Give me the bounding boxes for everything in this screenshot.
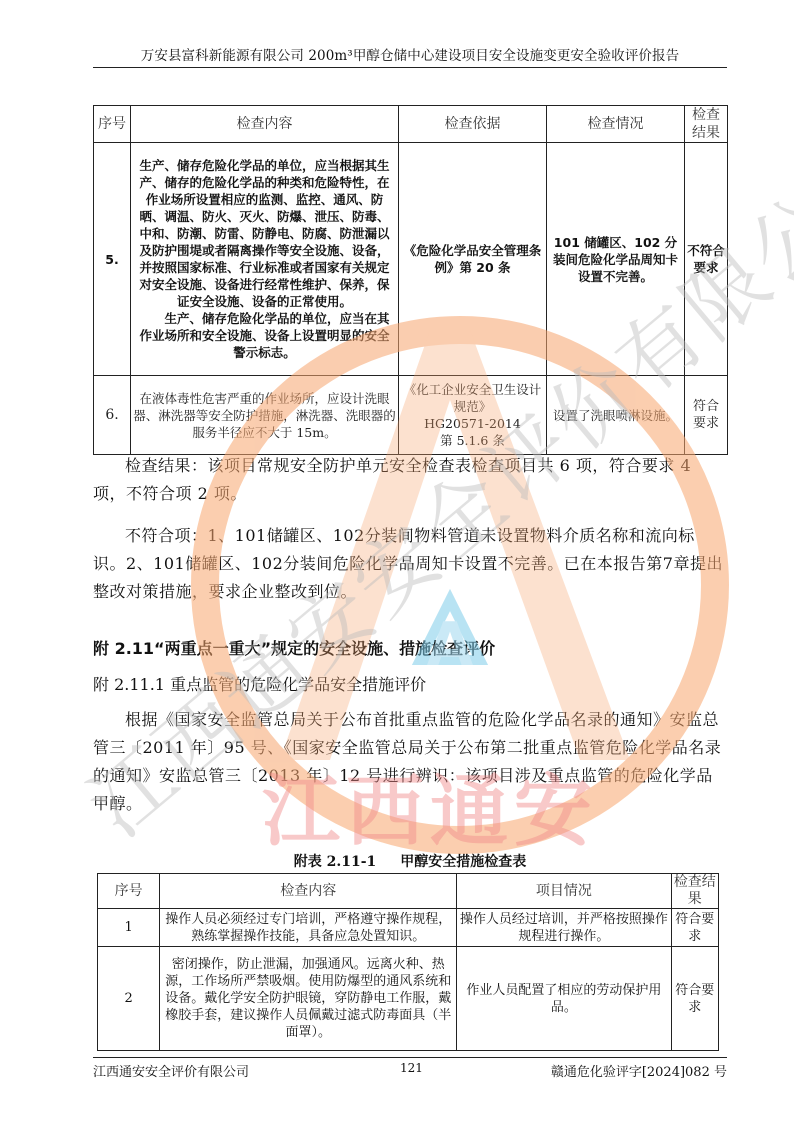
section-heading-2-11-1: 附 2.11.1 重点监管的危险化学品安全措施评价 [93, 672, 426, 695]
row-content: 操作人员必须经过专门培训，严格遵守操作规程，熟练掌握操作技能，具备应急处置知识。 [160, 909, 457, 947]
basis-line: 第 5.1.6 条 [401, 432, 544, 449]
row-result: 符合要求 [685, 376, 728, 455]
row-result: 符合要求 [671, 947, 718, 1051]
table-caption-number: 附表 2.11-1 [294, 854, 377, 870]
row-number: 2 [98, 947, 160, 1051]
header-rule [93, 67, 727, 68]
footer-rule [93, 1057, 727, 1058]
col-header-no: 序号 [94, 106, 131, 143]
page-number: 121 [400, 1061, 440, 1075]
table-header-row: 序号 检查内容 检查依据 检查情况 检查结果 [94, 106, 728, 143]
table-caption-title: 甲醇安全措施检查表 [400, 854, 526, 870]
row-status: 设置了洗眼喷淋设施。 [547, 376, 685, 455]
table-row: 5. 生产、储存危险化学品的单位，应当根据其生产、储存的危险化学品的种类和危险特… [94, 143, 728, 376]
table-header-row: 序号 检查内容 项目情况 检查结果 [98, 874, 719, 909]
content-main: 生产、储存危险化学品的单位，应当根据其生产、储存的危险化学品的种类和危险特性，在… [139, 158, 389, 309]
table-row: 6. 在液体毒性危害严重的作业场所，应设计洗眼器、淋洗器等安全防护措施，淋洗器、… [94, 376, 728, 455]
row-basis: 《化工企业安全卫生设计规范》 HG20571-2014 第 5.1.6 条 [399, 376, 547, 455]
row-number: 6. [94, 376, 131, 455]
col-header-content: 检查内容 [131, 106, 399, 143]
col-header-content: 检查内容 [160, 874, 457, 909]
content-second: 生产、储存危险化学品的单位，应当在其作业场所和安全设施、设备上设置明显的安全警示… [135, 310, 394, 361]
col-header-basis: 检查依据 [399, 106, 547, 143]
col-header-status: 项目情况 [457, 874, 671, 909]
noncompliance-paragraph: 不符合项：1、101储罐区、102分装间物料管道未设置物料介质名称和流向标识。2… [93, 522, 727, 606]
row-basis: 《危险化学品安全管理条例》第 20 条 [399, 143, 547, 376]
row-status: 作业人员配置了相应的劳动保护用品。 [457, 947, 671, 1051]
col-header-status: 检查情况 [547, 106, 685, 143]
row-content: 生产、储存危险化学品的单位，应当根据其生产、储存的危险化学品的种类和危险特性，在… [131, 143, 399, 376]
row-number: 1 [98, 909, 160, 947]
basis-line: HG20571-2014 [401, 415, 544, 432]
row-result: 不符合要求 [685, 143, 728, 376]
footer-doc-number: 赣通危化验评字[2024]082 号 [551, 1061, 727, 1080]
row-status: 101 储罐区、102 分装间危险化学品周知卡设置不完善。 [547, 143, 685, 376]
table-caption: 附表 2.11-1甲醇安全措施检查表 [93, 851, 727, 871]
safety-check-table-continued: 序号 检查内容 检查依据 检查情况 检查结果 5. 生产、储存危险化学品的单位，… [93, 105, 728, 455]
row-result: 符合要求 [671, 909, 718, 947]
row-status: 操作人员经过培训，并严格按照操作规程进行操作。 [457, 909, 671, 947]
document-page: 万安县富科新能源有限公司 200m³甲醇仓储中心建设项目安全设施变更安全验收评价… [0, 0, 794, 1123]
check-result-paragraph: 检查结果：该项目常规安全防护单元安全检查表检查项目共 6 项，符合要求 4 项，… [93, 452, 727, 508]
table-row: 1 操作人员必须经过专门培训，严格遵守操作规程，熟练掌握操作技能，具备应急处置知… [98, 909, 719, 947]
col-header-no: 序号 [98, 874, 160, 909]
methanol-safety-table: 序号 检查内容 项目情况 检查结果 1 操作人员必须经过专门培训，严格遵守操作规… [97, 873, 719, 1051]
row-number: 5. [94, 143, 131, 376]
footer-company: 江西通安安全评价有限公司 [93, 1061, 249, 1080]
basis-line: 《化工企业安全卫生设计规范》 [401, 381, 544, 415]
running-header-title: 万安县富科新能源有限公司 200m³甲醇仓储中心建设项目安全设施变更安全验收评价… [93, 44, 727, 64]
col-header-result: 检查结果 [685, 106, 728, 143]
row-content: 密闭操作，防止泄漏，加强通风。远离火种、热源，工作场所严禁吸烟。使用防爆型的通风… [160, 947, 457, 1051]
section-heading-2-11: 附 2.11“两重点一重大”规定的安全设施、措施检查评价 [93, 636, 495, 659]
row-content: 在液体毒性危害严重的作业场所，应设计洗眼器、淋洗器等安全防护措施，淋洗器、洗眼器… [131, 376, 399, 455]
table-row: 2 密闭操作，防止泄漏，加强通风。远离火种、热源，工作场所严禁吸烟。使用防爆型的… [98, 947, 719, 1051]
identification-paragraph: 根据《国家安全监管总局关于公布首批重点监管的危险化学品名录的通知》安监总管三〔2… [93, 706, 727, 818]
col-header-result: 检查结果 [671, 874, 718, 909]
